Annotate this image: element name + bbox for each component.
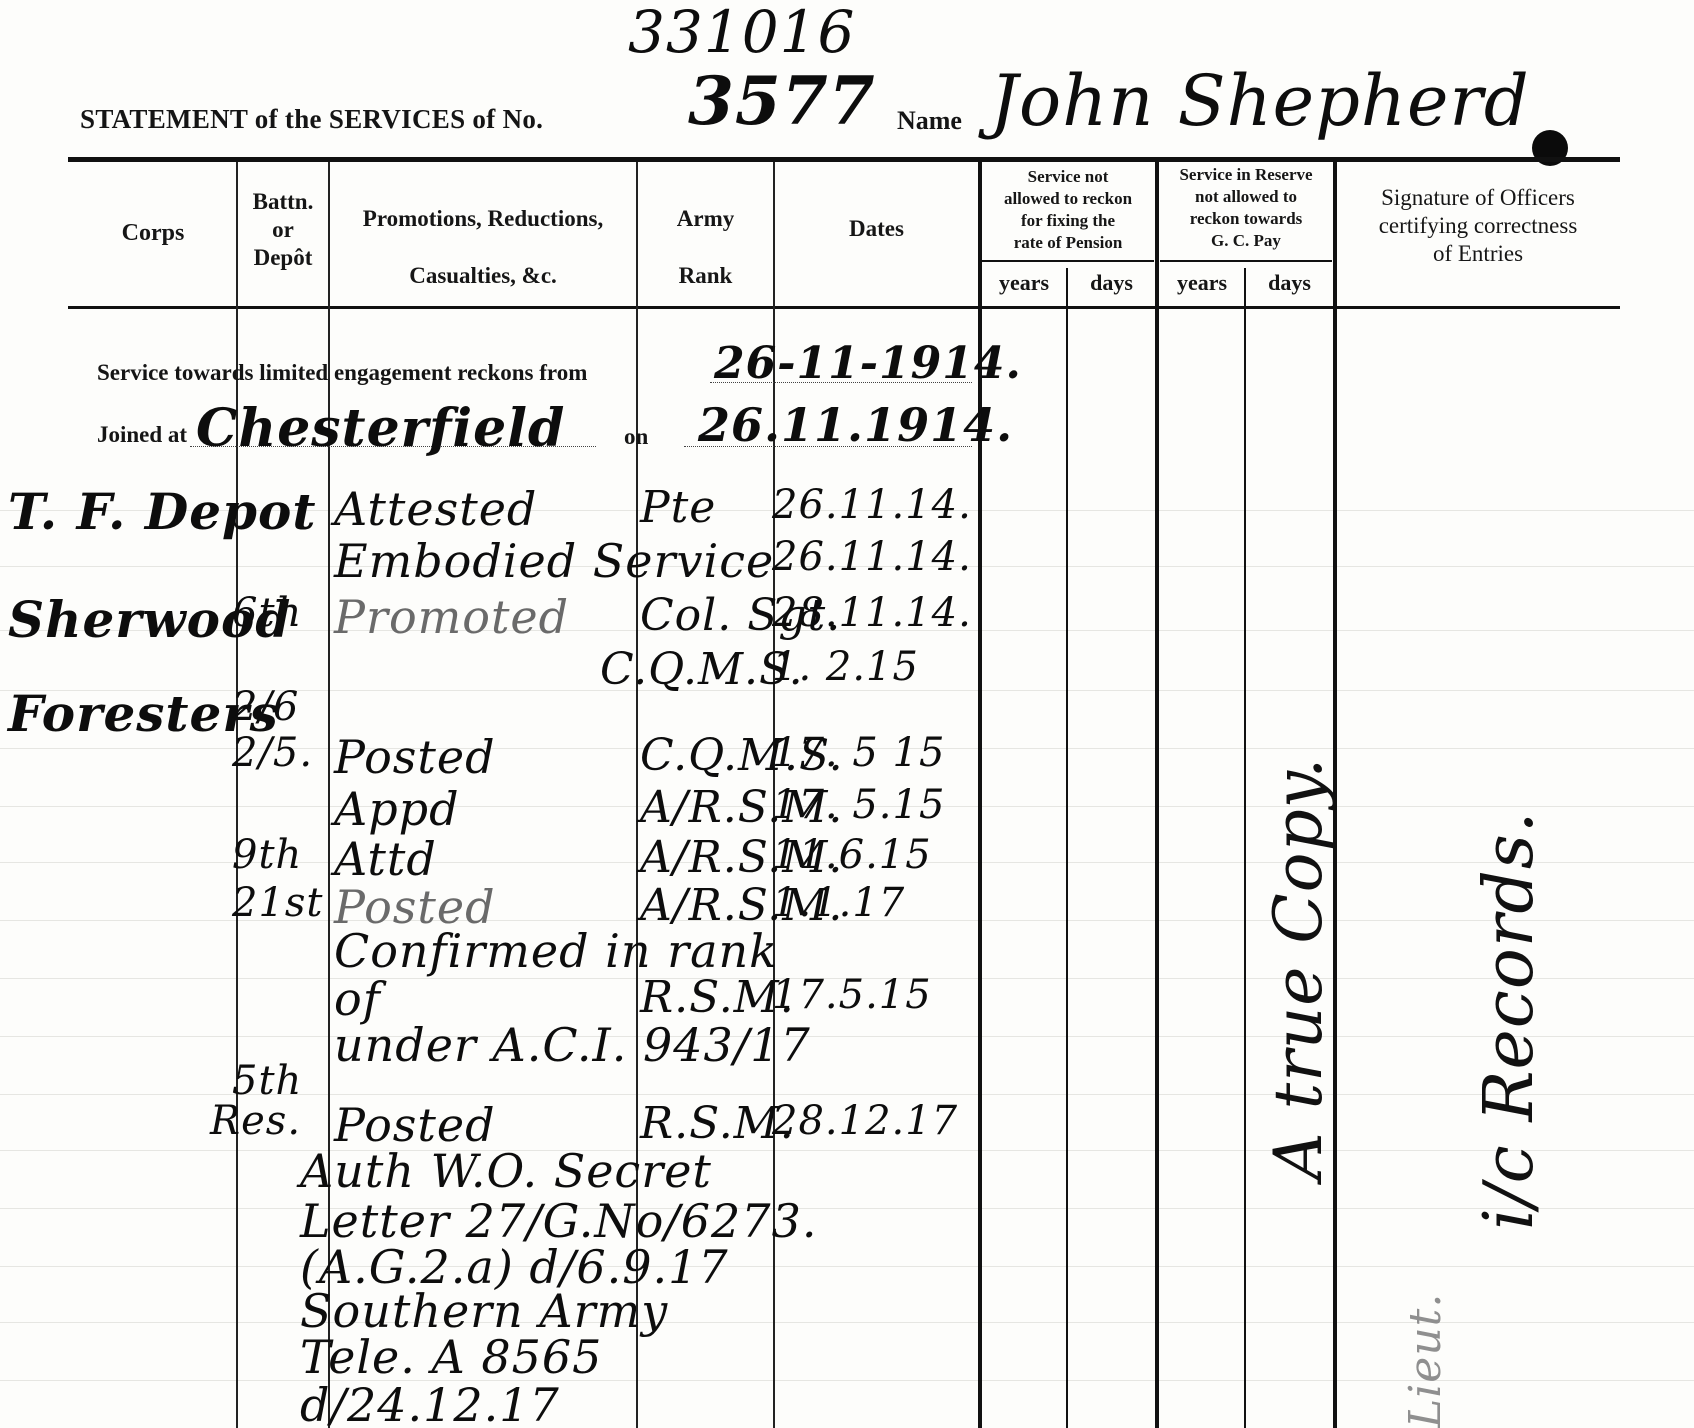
col-divider-pension bbox=[1155, 162, 1159, 1428]
header-pension-days: days bbox=[1068, 270, 1155, 295]
header-army-rank: Army Rank bbox=[638, 190, 773, 304]
entry-event: Tele. A 8565 bbox=[300, 1330, 602, 1384]
header-promotions: Promotions, Reductions, Casualties, &c. bbox=[330, 190, 636, 304]
header-signature-line3: of Entries bbox=[1337, 240, 1619, 268]
entry-battn: 6th bbox=[232, 590, 302, 636]
joined-label: Joined at bbox=[97, 422, 187, 448]
pension-subheader-rule bbox=[982, 260, 1154, 262]
service-number: 3577 bbox=[688, 62, 876, 140]
header-signature-line2: certifying correctness bbox=[1337, 212, 1619, 240]
header-bottom-rule bbox=[68, 306, 1620, 309]
header-reserve-days: days bbox=[1246, 270, 1333, 295]
on-label: on bbox=[624, 424, 648, 450]
header-battn: Battn. or Depôt bbox=[238, 188, 328, 272]
col-divider-reserve-years bbox=[1244, 268, 1246, 1428]
certification-true-copy: A true Copy. bbox=[1260, 757, 1337, 1180]
header-signature-line1: Signature of Officers bbox=[1337, 184, 1619, 212]
col-divider-pension-years bbox=[1066, 268, 1068, 1428]
header-reserve-line1: Service in Reserve bbox=[1159, 164, 1333, 186]
certification-faint-signature: Lieut. bbox=[1400, 1293, 1451, 1428]
entry-battn: 2/5. bbox=[232, 730, 313, 776]
entry-event: Confirmed in rank bbox=[334, 924, 778, 978]
entry-event: Attd bbox=[334, 832, 437, 886]
entry-event: Attested bbox=[334, 482, 537, 536]
col-divider-corps bbox=[236, 162, 238, 1428]
header-reserve-years: years bbox=[1160, 270, 1244, 295]
header-battn-line3: Depôt bbox=[238, 244, 328, 272]
header-reserve-line4: G. C. Pay bbox=[1159, 230, 1333, 252]
entry-battn: 2/6 bbox=[232, 684, 299, 730]
entry-date: 28.12.17 bbox=[772, 1098, 958, 1144]
header-pension-group: Service not allowed to reckon for fixing… bbox=[982, 166, 1154, 254]
header-pension-years: years bbox=[982, 270, 1066, 295]
header-pension-line4: rate of Pension bbox=[982, 232, 1154, 254]
reserve-subheader-rule bbox=[1160, 260, 1332, 262]
header-pension-line2: allowed to reckon bbox=[982, 188, 1154, 210]
reckons-date: 26-11-1914. bbox=[714, 338, 1022, 389]
entry-date: 28.11.14. bbox=[772, 590, 972, 636]
header-corps: Corps bbox=[70, 220, 236, 248]
reckons-label: Service towards limited engagement recko… bbox=[97, 360, 587, 386]
entry-corps: T. F. Depot bbox=[8, 482, 316, 541]
ledger-number: 331016 bbox=[628, 0, 855, 66]
header-pension-line3: for fixing the bbox=[982, 210, 1154, 232]
joined-date: 26.11.1914. bbox=[698, 398, 1013, 452]
header-reserve-line2: not allowed to bbox=[1159, 186, 1333, 208]
entry-date: 17.5.15 bbox=[772, 972, 932, 1018]
header-top-rule bbox=[68, 157, 1620, 162]
entry-event: under A.C.I. 943/17 bbox=[334, 1018, 811, 1072]
entry-battn: 9th bbox=[232, 832, 302, 878]
entry-event: Posted bbox=[334, 730, 496, 784]
entry-rank: Pte bbox=[640, 482, 716, 533]
entry-date: 17. 5.15 bbox=[772, 782, 945, 828]
header-signature: Signature of Officers certifying correct… bbox=[1337, 184, 1619, 268]
joined-place: Chesterfield bbox=[196, 398, 565, 459]
entry-event: Appd bbox=[334, 782, 460, 836]
entry-event: Auth W.O. Secret bbox=[300, 1144, 712, 1198]
header-promotions-line1: Promotions, Reductions, bbox=[330, 190, 636, 247]
document-title: STATEMENT of the SERVICES of No. bbox=[80, 104, 543, 135]
entry-battn: 21st bbox=[232, 880, 324, 926]
header-army-rank-line2: Rank bbox=[638, 247, 773, 304]
header-reserve-group: Service in Reserve not allowed to reckon… bbox=[1159, 164, 1333, 252]
header-promotions-line2: Casualties, &c. bbox=[330, 247, 636, 304]
entry-date: 1.1.17 bbox=[772, 880, 905, 926]
entry-date: 11.6.15 bbox=[772, 832, 932, 878]
header-reserve-line3: reckon towards bbox=[1159, 208, 1333, 230]
header-pension-line1: Service not bbox=[982, 166, 1154, 188]
entry-event: d/24.12.17 bbox=[300, 1378, 560, 1428]
header-dates: Dates bbox=[775, 216, 978, 242]
entry-event: Promoted bbox=[334, 590, 569, 644]
entry-date: 1. 2.15 bbox=[772, 644, 919, 690]
certification-records: i/c Records. bbox=[1470, 811, 1549, 1230]
header-battn-line1: Battn. bbox=[238, 188, 328, 216]
entry-date: 17. 5 15 bbox=[772, 730, 945, 776]
entry-battn: Res. bbox=[210, 1098, 301, 1144]
name-label: Name bbox=[897, 106, 962, 136]
header-battn-line2: or bbox=[238, 216, 328, 244]
entry-date: 26.11.14. bbox=[772, 534, 972, 580]
entry-date: 26.11.14. bbox=[772, 482, 972, 528]
soldier-name: John Shepherd bbox=[990, 60, 1530, 142]
header-army-rank-line1: Army bbox=[638, 190, 773, 247]
entry-event: Embodied Service bbox=[334, 534, 774, 588]
